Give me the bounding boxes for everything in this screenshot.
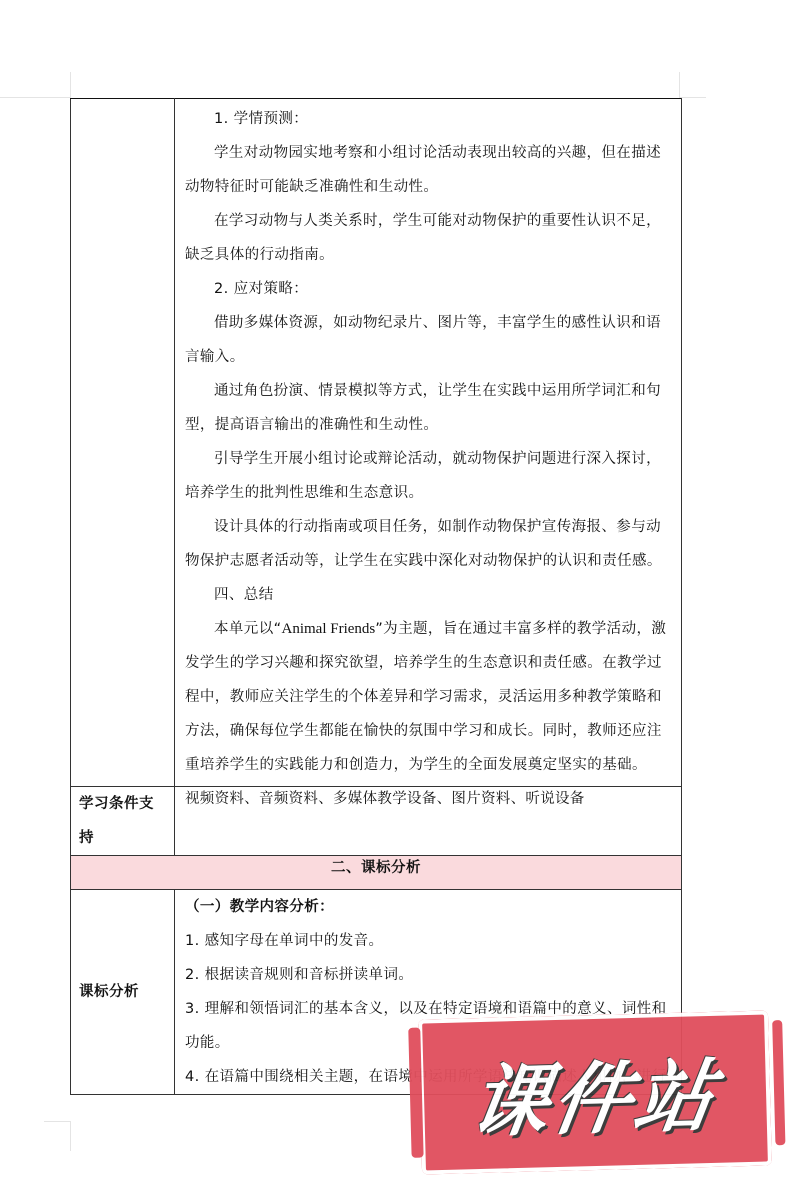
paragraph: 通过角色扮演、情景模拟等方式，让学生在实践中运用所学词汇和句型，提高语言输出的准…	[175, 374, 681, 442]
watermark-text: 课件站	[464, 1033, 727, 1152]
page-margin-mark	[70, 1121, 71, 1151]
paragraph: 借助多媒体资源，如动物纪录片、图片等，丰富学生的感性认识和语言输入。	[175, 306, 681, 374]
page-margin-mark	[44, 1121, 70, 1122]
section-title: 二、课标分析	[331, 860, 421, 876]
paragraph: 引导学生开展小组讨论或辩论活动，就动物保护问题进行深入探讨，培养学生的批判性思维…	[175, 442, 681, 510]
summary-content-cell: 1. 学情预测： 学生对动物园实地考察和小组讨论活动表现出较高的兴趣，但在描述动…	[175, 99, 682, 787]
lesson-plan-table: 1. 学情预测： 学生对动物园实地考察和小组讨论活动表现出较高的兴趣，但在描述动…	[70, 98, 682, 1095]
standards-label: 课标分析	[71, 975, 174, 1009]
paragraph: 学生对动物园实地考察和小组讨论活动表现出较高的兴趣，但在描述动物特征时可能缺乏准…	[175, 136, 681, 204]
paragraph: 在学习动物与人类关系时，学生可能对动物保护的重要性认识不足，缺乏具体的行动指南。	[175, 204, 681, 272]
learning-support-row: 学习条件支持 视频资料、音频资料、多媒体教学设备、图片资料、听说设备	[71, 787, 682, 856]
learning-support-label: 学习条件支持	[71, 787, 174, 855]
conclusion-text-end: ”为主题，旨在通过丰富多样的教学活动，激发学生的学习兴趣和探究欲望，培养学生的生…	[185, 621, 666, 773]
section-header-cell: 二、课标分析	[71, 856, 682, 890]
paragraph-strategy-heading: 2. 应对策略：	[175, 272, 681, 306]
unit-theme: Animal Friends	[282, 621, 376, 637]
paragraph-conclusion: 本单元以“Animal Friends”为主题，旨在通过丰富多样的教学活动，激发…	[175, 612, 681, 782]
content-analysis-heading: （一）教学内容分析：	[175, 890, 681, 924]
learning-support-content: 视频资料、音频资料、多媒体教学设备、图片资料、听说设备	[175, 787, 681, 808]
standards-item: 2. 根据读音规则和音标拼读单词。	[175, 958, 681, 992]
learning-support-content-cell: 视频资料、音频资料、多媒体教学设备、图片资料、听说设备	[175, 787, 682, 856]
paragraph: 设计具体的行动指南或项目任务，如制作动物保护宣传海报、参与动物保护志愿者活动等，…	[175, 510, 681, 578]
paragraph-learning-prediction-heading: 1. 学情预测：	[175, 102, 681, 136]
summary-label-cell	[71, 99, 175, 787]
page-margin-mark	[679, 72, 680, 98]
standards-item: 1. 感知字母在单词中的发音。	[175, 924, 681, 958]
paragraph-summary-heading: 四、总结	[175, 578, 681, 612]
conclusion-text-start: 本单元以“	[214, 621, 282, 637]
standards-label-cell: 课标分析	[71, 890, 175, 1095]
page-margin-mark	[0, 97, 70, 98]
page-margin-mark	[680, 97, 706, 98]
watermark-stamp: 课件站	[418, 1010, 772, 1174]
page-margin-mark	[70, 72, 71, 98]
section-header-row: 二、课标分析	[71, 856, 682, 890]
summary-row: 1. 学情预测： 学生对动物园实地考察和小组讨论活动表现出较高的兴趣，但在描述动…	[71, 99, 682, 787]
learning-support-label-cell: 学习条件支持	[71, 787, 175, 856]
